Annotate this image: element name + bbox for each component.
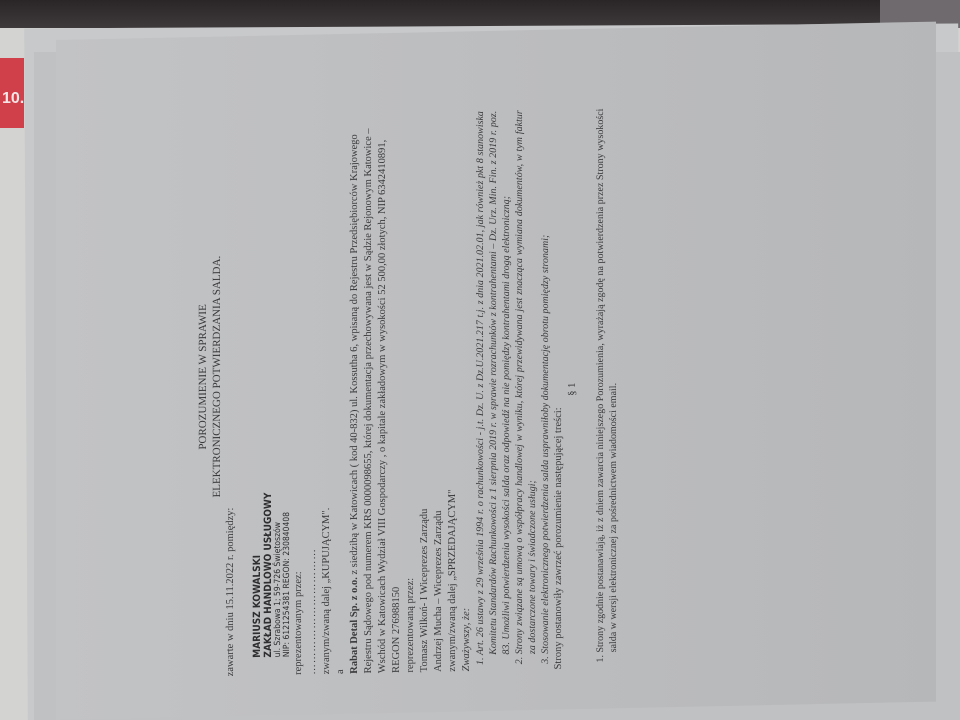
document-title: POROZUMIENIE W SPRAWIE ELEKTRONICZNEGO P… — [196, 116, 224, 637]
buyer-called: zwanym/zwaną dalej „KUPUJĄCYM". — [320, 114, 334, 674]
seller-paragraph: Rabat Detal Sp. z o.o. z siedzibą w Kato… — [348, 113, 404, 674]
and-text: a — [334, 114, 348, 674]
document-page: POROZUMIENIE W SPRAWIE ELEKTRONICZNEGO P… — [56, 22, 936, 720]
signature-dots: …………………………… — [306, 114, 320, 674]
whereas-item: Art. 26 ustawy z 29 września 1994 r. o r… — [474, 110, 513, 655]
seller-name: Rabat Detal Sp. z o.o. — [349, 577, 360, 674]
whereas-item: Stosowanie elektronicznego potwierdzenia… — [539, 110, 552, 654]
section-heading: § 1 — [566, 109, 580, 669]
intro-text: zawarte w dniu 15.11.2022 r. pomiędzy: — [224, 116, 238, 676]
red-label: 10. — [0, 58, 24, 128]
buyer-stamp: MARIUSZ KOWALSKI ZAKŁAD HANDLOWO USŁUGOW… — [252, 115, 292, 658]
title-line-2: ELEKTRONICZNEGO POTWIERDZANIA SALDA. — [210, 116, 224, 636]
clause-list: Strony zgodnie postanawiają, iż z dniem … — [594, 108, 620, 669]
buyer-ids: NIP: 6121254381 REGON: 230840408 — [283, 115, 292, 657]
whereas-list: Art. 26 ustawy z 29 września 1994 r. o r… — [474, 110, 552, 672]
document-content: POROZUMIENIE W SPRAWIE ELEKTRONICZNEGO P… — [196, 102, 936, 678]
representative-2: Andrzej Mucha – Wiceprezes Zarządu — [432, 112, 446, 672]
decided-text: Strony postanowiły zawrzeć porozumienie … — [552, 109, 566, 669]
whereas-item: Strony związane są umową o współpracy ha… — [513, 110, 539, 655]
clause-1: Strony zgodnie postanawiają, iż z dniem … — [594, 108, 620, 653]
red-label-text: 10. — [2, 90, 24, 108]
seller-represented-label: reprezentowaną przez: — [404, 112, 418, 672]
seller-called: zwanym/zwaną dalej „SPRZEDAJĄCYM" — [446, 112, 460, 672]
whereas-heading: Zważywszy, że: — [460, 111, 474, 671]
buyer-represented-label: reprezentowanym przez: — [292, 115, 306, 675]
representative-1: Tomasz Wilkoń- I Wiceprezes Zarządu — [418, 112, 432, 672]
buyer-name: MARIUSZ KOWALSKI — [252, 116, 263, 658]
title-line-1: POROZUMIENIE W SPRAWIE — [196, 117, 210, 637]
